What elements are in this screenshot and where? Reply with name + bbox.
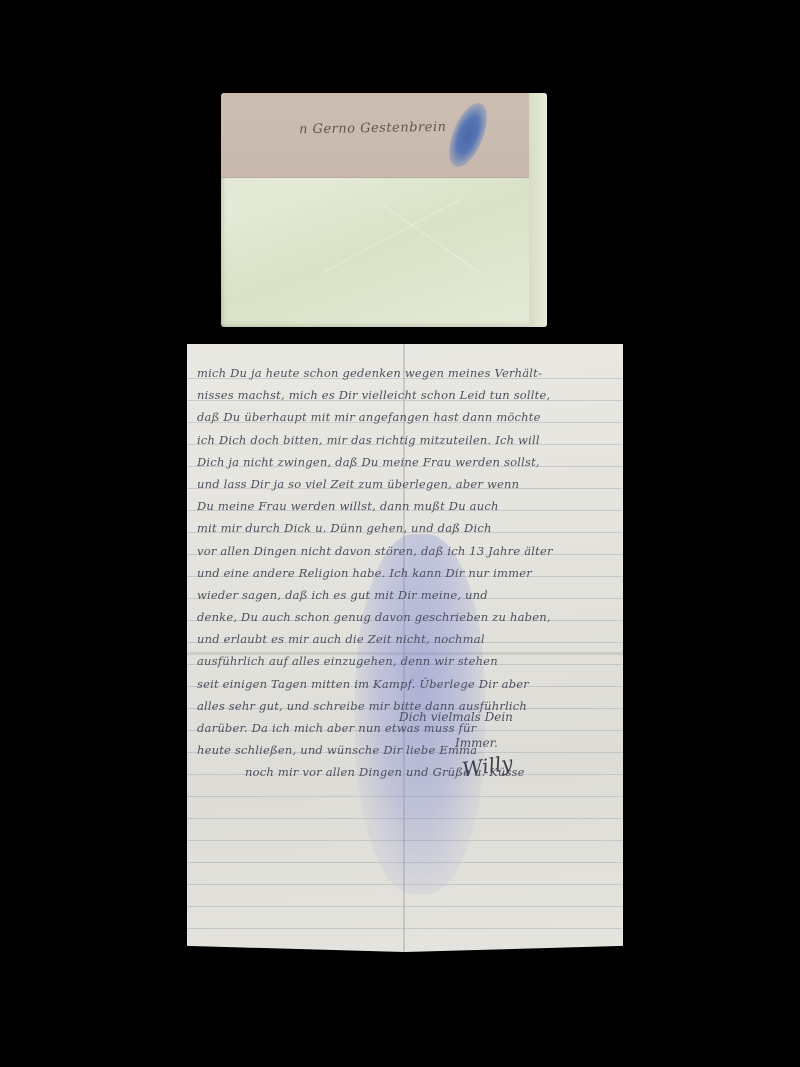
- envelope-flap-band: n Gerno Gestenbrein: [221, 93, 529, 178]
- letter-line: wieder sagen, daß ich es gut mit Dir mei…: [197, 584, 617, 606]
- letter-line: ich Dich doch bitten, mir das richtig mi…: [197, 429, 617, 451]
- envelope-edge: [529, 93, 547, 327]
- ink-blot: [441, 98, 494, 172]
- letter-line: mit mir durch Dick u. Dünn gehen, und da…: [197, 517, 617, 539]
- letter-line: seit einigen Tagen mitten im Kampf. Über…: [197, 673, 617, 695]
- letter-line-indented: noch mir vor allen Dingen und Grüße u. K…: [197, 761, 617, 783]
- letter-line: mich Du ja heute schon gedenken wegen me…: [197, 362, 617, 384]
- letter-line: vor allen Dingen nicht davon stören, daß…: [197, 540, 617, 562]
- letter-line: und erlaubt es mir auch die Zeit nicht, …: [197, 628, 617, 650]
- letter-line: denke, Du auch schon genug davon geschri…: [197, 606, 617, 628]
- envelope-address: n Gerno Gestenbrein: [299, 120, 447, 138]
- letter-line: heute schließen, und wünsche Dir liebe E…: [197, 739, 617, 761]
- letter-line: und eine andere Religion habe. Ich kann …: [197, 562, 617, 584]
- letter-line: ausführlich auf alles einzugehen, denn w…: [197, 650, 617, 672]
- ruled-line: [187, 906, 623, 907]
- closing-line: Dich vielmals Dein: [399, 710, 513, 724]
- envelope: n Gerno Gestenbrein: [221, 93, 547, 327]
- closing-line: Immer.: [455, 736, 498, 750]
- letter-line: Du meine Frau werden willst, dann mußt D…: [197, 495, 617, 517]
- envelope-crease: [321, 198, 463, 274]
- letter-line: daß Du überhaupt mit mir angefangen hast…: [197, 406, 617, 428]
- letter-line: nisses machst, mich es Dir vielleicht sc…: [197, 384, 617, 406]
- letter-page: mich Du ja heute schon gedenken wegen me…: [187, 344, 623, 952]
- ruled-line: [187, 928, 623, 929]
- letter-line: Dich ja nicht zwingen, daß Du meine Frau…: [197, 451, 617, 473]
- letter-line: und lass Dir ja so viel Zeit zum überleg…: [197, 473, 617, 495]
